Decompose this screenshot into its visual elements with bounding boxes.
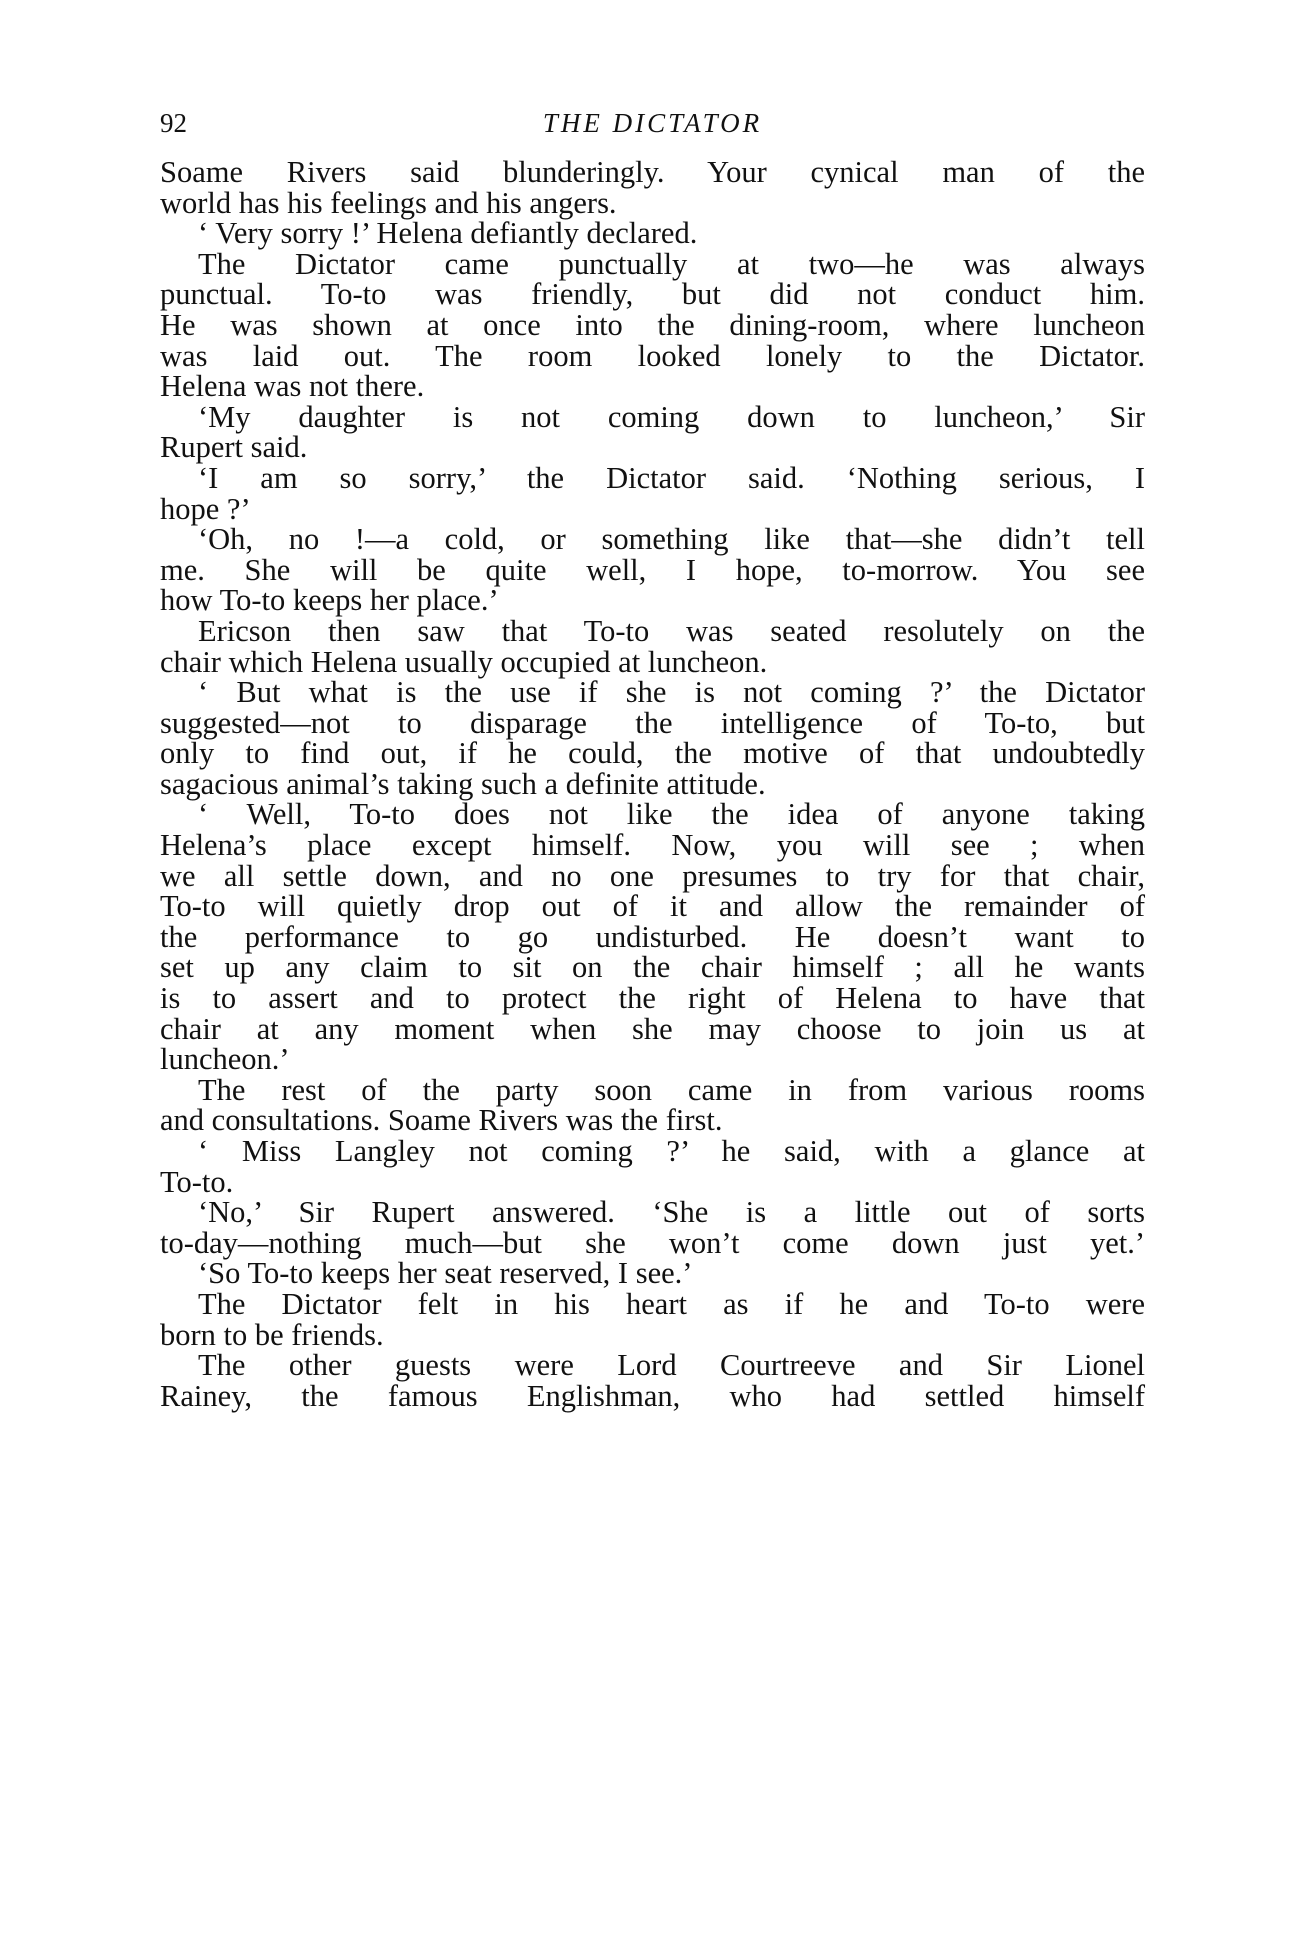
page-header: 92 THE DICTATOR: [160, 108, 1145, 142]
text-line: was laid out. The room looked lonely to …: [160, 341, 1145, 372]
text-line: the performance to go undisturbed. He do…: [160, 922, 1145, 953]
text-line: luncheon.’: [160, 1044, 1145, 1075]
text-line: born to be friends.: [160, 1320, 1145, 1351]
text-line: only to find out, if he could, the motiv…: [160, 738, 1145, 769]
text-line: to-day—nothing much—but she won’t come d…: [160, 1228, 1145, 1259]
text-line: me. She will be quite well, I hope, to-m…: [160, 555, 1145, 586]
text-line: The other guests were Lord Courtreeve an…: [160, 1350, 1145, 1381]
text-line: world has his feelings and his angers.: [160, 188, 1145, 219]
text-line: ‘My daughter is not coming down to lunch…: [160, 402, 1145, 433]
text-line: suggested—not to disparage the intellige…: [160, 708, 1145, 739]
text-line: punctual. To-to was friendly, but did no…: [160, 279, 1145, 310]
text-line: Helena was not there.: [160, 371, 1145, 402]
text-line: ‘ Well, To-to does not like the idea of …: [160, 799, 1145, 830]
text-line: Rupert said.: [160, 432, 1145, 463]
text-line: ‘ Very sorry !’ Helena defiantly declare…: [160, 218, 1145, 249]
text-line: ‘No,’ Sir Rupert answered. ‘She is a lit…: [160, 1197, 1145, 1228]
text-line: set up any claim to sit on the chair him…: [160, 952, 1145, 983]
text-line: Helena’s place except himself. Now, you …: [160, 830, 1145, 861]
text-line: ‘Oh, no !—a cold, or something like that…: [160, 524, 1145, 555]
text-line: is to assert and to protect the right of…: [160, 983, 1145, 1014]
text-line: ‘So To-to keeps her seat reserved, I see…: [160, 1258, 1145, 1289]
text-line: Soame Rivers said blunderingly. Your cyn…: [160, 157, 1145, 188]
text-line: He was shown at once into the dining-roo…: [160, 310, 1145, 341]
text-line: Ericson then saw that To-to was seated r…: [160, 616, 1145, 647]
body-text: Soame Rivers said blunderingly. Your cyn…: [160, 157, 1145, 1411]
text-line: and consultations. Soame Rivers was the …: [160, 1105, 1145, 1136]
text-line: hope ?’: [160, 494, 1145, 525]
text-line: The Dictator felt in his heart as if he …: [160, 1289, 1145, 1320]
text-line: we all settle down, and no one presumes …: [160, 861, 1145, 892]
text-line: chair at any moment when she may choose …: [160, 1014, 1145, 1045]
text-line: how To-to keeps her place.’: [160, 585, 1145, 616]
text-line: sagacious animal’s taking such a definit…: [160, 769, 1145, 800]
text-line: To-to will quietly drop out of it and al…: [160, 891, 1145, 922]
text-line: ‘I am so sorry,’ the Dictator said. ‘Not…: [160, 463, 1145, 494]
text-line: ‘ But what is the use if she is not comi…: [160, 677, 1145, 708]
text-line: To-to.: [160, 1167, 1145, 1198]
text-line: ‘ Miss Langley not coming ?’ he said, wi…: [160, 1136, 1145, 1167]
running-title: THE DICTATOR: [160, 108, 1145, 139]
text-line: Rainey, the famous Englishman, who had s…: [160, 1381, 1145, 1412]
text-line: The rest of the party soon came in from …: [160, 1075, 1145, 1106]
text-line: The Dictator came punctually at two—he w…: [160, 249, 1145, 280]
text-line: chair which Helena usually occupied at l…: [160, 647, 1145, 678]
